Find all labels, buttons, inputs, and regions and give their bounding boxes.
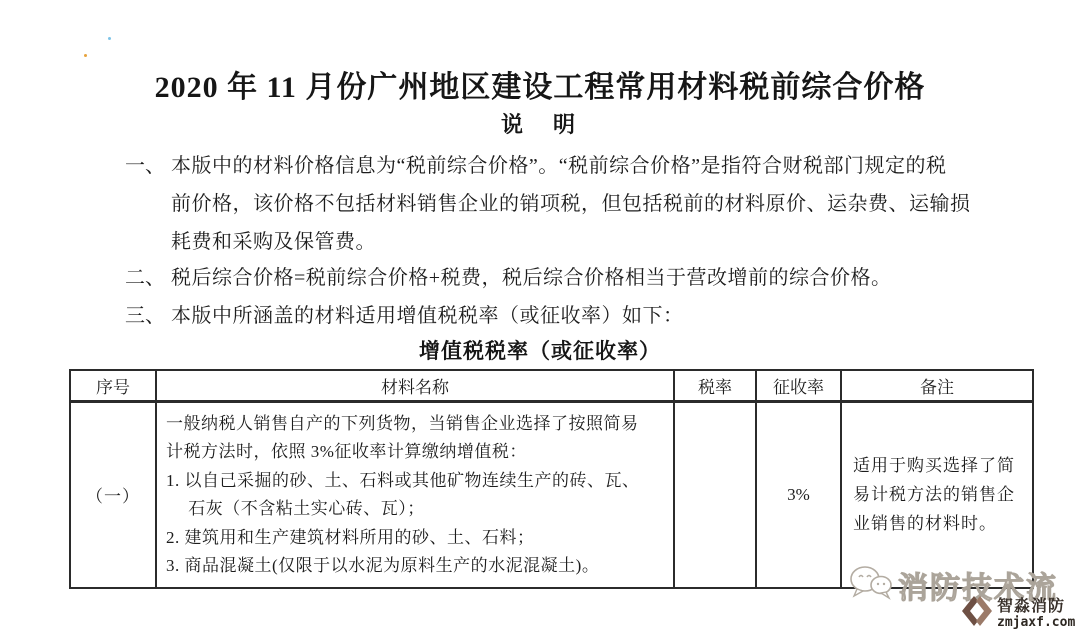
table-header-row: 序号 材料名称 税率 征收率 备注 [70,370,1033,401]
levy-rate-cell: 3% [756,401,841,588]
document-page: 2020 年 11 月份广州地区建设工程常用材料税前综合价格 说 明 一、 本版… [0,0,1080,633]
column-header-tax-rate: 税率 [674,370,756,401]
tax-rate-cell [674,401,756,588]
note-item-1: 一、 本版中的材料价格信息为“税前综合价格”。“税前综合价格”是指符合财税部门规… [125,147,1020,261]
material-cell: 一般纳税人销售自产的下列货物，当销售企业选择了按照简易 计税方法时，依照 3%征… [156,401,674,588]
seq-cell: （一） [70,401,156,588]
document-title: 2020 年 11 月份广州地区建设工程常用材料税前综合价格 [0,62,1080,106]
scan-artifact-dot [84,54,87,57]
note-marker: 二、 [125,259,171,297]
note-text: 本版中所涵盖的材料适用增值税税率（或征收率）如下： [171,297,1020,335]
brand-site: zmjaxf.com [997,615,1075,630]
note-marker: 一、 [125,147,171,185]
note-text: 本版中的材料价格信息为“税前综合价格”。“税前综合价格”是指符合财税部门规定的税… [171,147,1020,261]
brand-watermark: 智淼消防 zmjaxf.com [960,593,1075,633]
column-header-material: 材料名称 [156,370,674,401]
section-heading: 说 明 [0,108,1080,139]
remark-cell: 适用于购买选择了简 易计税方法的销售企 业销售的材料时。 [841,401,1033,588]
column-header-levy-rate: 征收率 [756,370,841,401]
column-header-seq: 序号 [70,370,156,401]
table-title: 增值税税率（或征收率） [0,335,1080,365]
brand-name: 智淼消防 [997,598,1075,615]
note-item-2: 二、 税后综合价格=税前综合价格+税费，税后综合价格相当于营改增前的综合价格。 [125,259,1020,297]
brand-text-block: 智淼消防 zmjaxf.com [997,598,1075,630]
note-text: 税后综合价格=税前综合价格+税费，税后综合价格相当于营改增前的综合价格。 [171,259,1020,297]
chat-bubbles-icon [848,564,894,607]
vat-rate-table: 序号 材料名称 税率 征收率 备注 （一） 一般纳税人销售自产的下列货物，当销售… [69,369,1034,589]
diamond-logo-icon [960,593,994,633]
note-marker: 三、 [125,297,171,335]
scan-artifact-dot [108,37,111,40]
table-row: （一） 一般纳税人销售自产的下列货物，当销售企业选择了按照简易 计税方法时，依照… [70,401,1033,588]
column-header-remark: 备注 [841,370,1033,401]
note-item-3: 三、 本版中所涵盖的材料适用增值税税率（或征收率）如下： [125,297,1020,335]
